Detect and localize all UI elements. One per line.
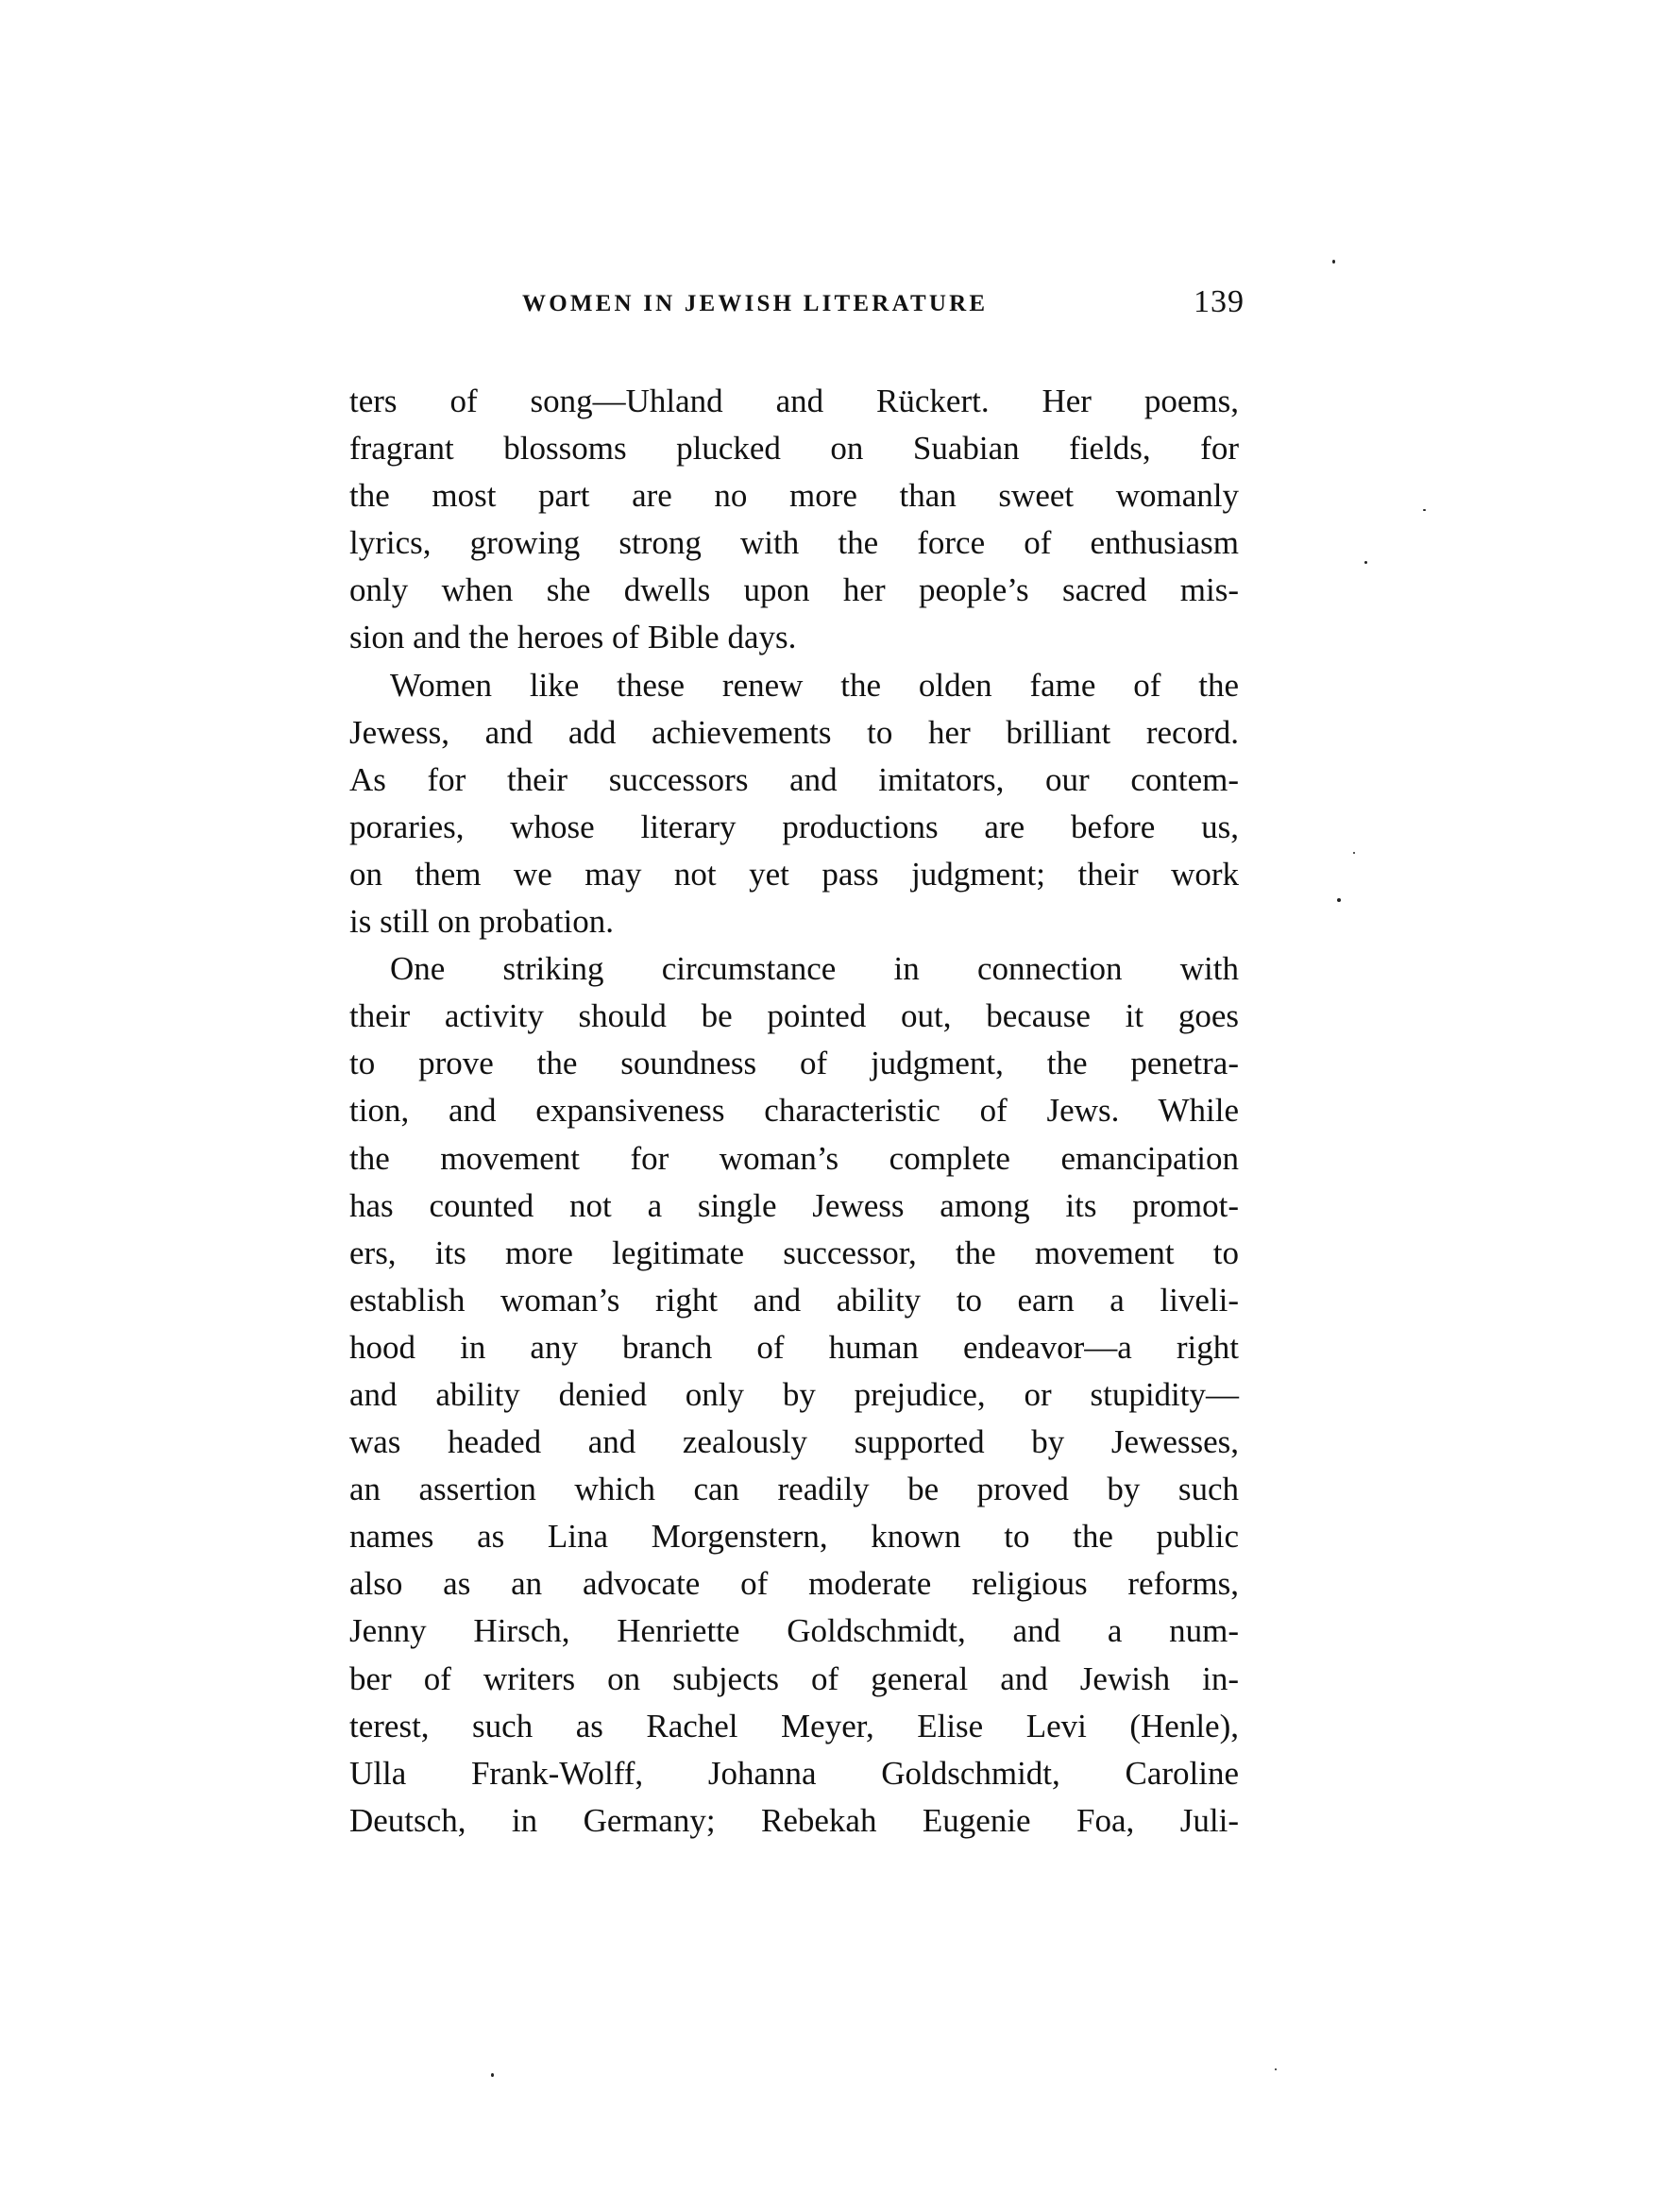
text-line: tion, and expansiveness characteristic o… xyxy=(349,1087,1239,1134)
text-line: was headed and zealously supported by Je… xyxy=(349,1419,1239,1466)
text-line: is still on probation. xyxy=(349,898,1239,945)
running-header-title: WOMEN IN JEWISH LITERATURE xyxy=(522,289,1070,319)
text-line: Jewess, and add achievements to her bril… xyxy=(349,709,1239,757)
text-line: ber of writers on subjects of general an… xyxy=(349,1656,1239,1703)
text-line: names as Lina Morgenstern, known to the … xyxy=(349,1513,1239,1560)
text-line: One striking circumstance in connection … xyxy=(349,945,1239,993)
page-number: 139 xyxy=(1182,283,1245,321)
text-line: Women like these renew the olden fame of… xyxy=(349,662,1239,709)
text-line: on them we may not yet pass judgment; th… xyxy=(349,851,1239,898)
scan-speck xyxy=(491,2073,494,2077)
text-line: sion and the heroes of Bible days. xyxy=(349,614,1239,661)
text-line: terest, such as Rachel Meyer, Elise Levi… xyxy=(349,1703,1239,1750)
text-line: and ability denied only by prejudice, or… xyxy=(349,1371,1239,1419)
text-line: poraries, whose literary productions are… xyxy=(349,804,1239,851)
text-line: hood in any branch of human endeavor—a r… xyxy=(349,1324,1239,1371)
text-line: also as an advocate of moderate religiou… xyxy=(349,1560,1239,1608)
book-page: WOMEN IN JEWISH LITERATURE 139 ters of s… xyxy=(0,0,1660,2212)
text-line: Jenny Hirsch, Henriette Goldschmidt, and… xyxy=(349,1608,1239,1655)
scan-speck xyxy=(1332,260,1335,264)
text-line: As for their successors and imitators, o… xyxy=(349,757,1239,804)
text-line: ers, its more legitimate successor, the … xyxy=(349,1230,1239,1277)
text-line: has counted not a single Jewess among it… xyxy=(349,1183,1239,1230)
scan-speck xyxy=(1275,2068,1277,2070)
text-line: the most part are no more than sweet wom… xyxy=(349,472,1239,519)
scan-speck xyxy=(1353,852,1355,854)
text-line: Deutsch, in Germany; Rebekah Eugenie Foa… xyxy=(349,1797,1239,1845)
scan-speck xyxy=(1423,509,1426,511)
text-line: ters of song—Uhland and Rückert. Her poe… xyxy=(349,378,1239,425)
text-line: to prove the soundness of judgment, the … xyxy=(349,1040,1239,1087)
scan-speck xyxy=(1337,898,1341,902)
text-line: Ulla Frank-Wolff, Johanna Goldschmidt, C… xyxy=(349,1750,1239,1797)
text-line: establish woman’s right and ability to e… xyxy=(349,1277,1239,1324)
text-line: only when she dwells upon her people’s s… xyxy=(349,567,1239,614)
text-line: fragrant blossoms plucked on Suabian fie… xyxy=(349,425,1239,472)
text-line: lyrics, growing strong with the force of… xyxy=(349,519,1239,567)
text-line: an assertion which can readily be proved… xyxy=(349,1466,1239,1513)
body-text: ters of song—Uhland and Rückert. Her poe… xyxy=(349,378,1239,1845)
text-line: their activity should be pointed out, be… xyxy=(349,993,1239,1040)
text-line: the movement for woman’s complete emanci… xyxy=(349,1135,1239,1183)
scan-speck xyxy=(1364,561,1367,564)
